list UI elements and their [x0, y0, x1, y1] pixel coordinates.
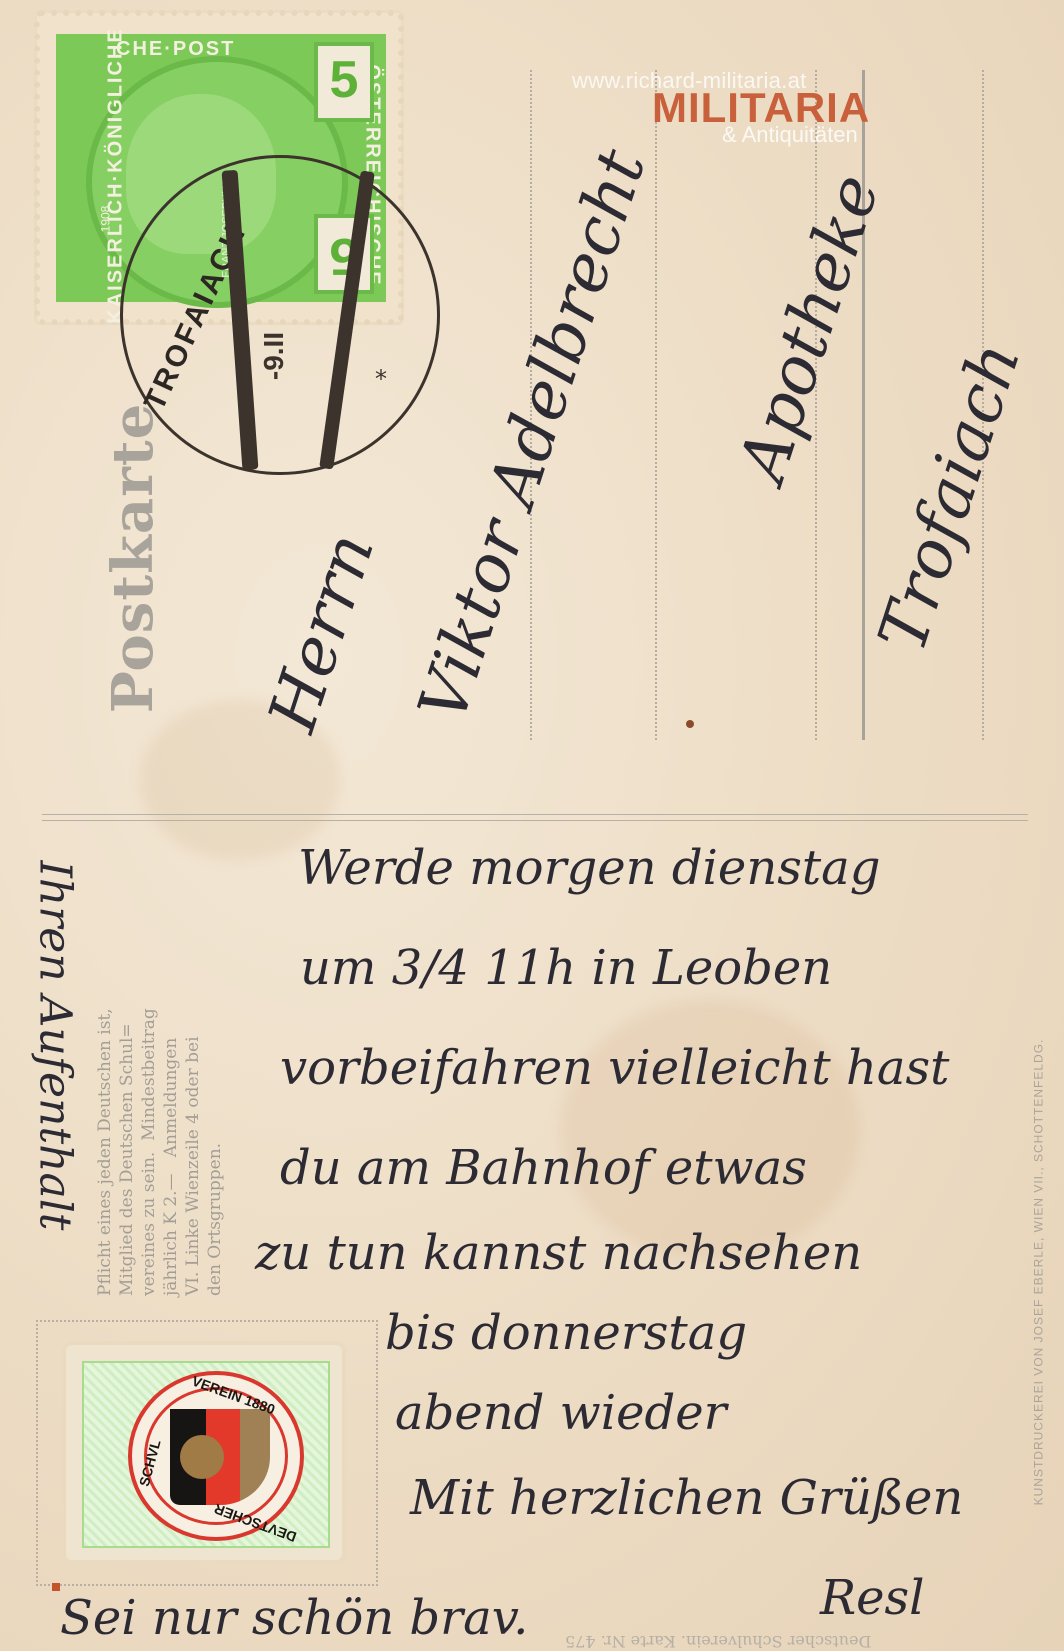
postcard-label: Postkarte	[100, 403, 166, 713]
charity-vignette: VEREIN 1880 SCHVL DEVTSCHER	[66, 1345, 342, 1560]
postcard: CHE·POST KAISERLICH·KÖNIGLICHE ÖSTERREIC…	[0, 0, 1064, 1651]
message-signature: Resl	[820, 1570, 925, 1626]
vignette-emblem: VEREIN 1880 SCHVL DEVTSCHER	[128, 1371, 304, 1541]
message-line: zu tun kannst nachsehen	[255, 1225, 862, 1281]
message-line: bis donnerstag	[385, 1305, 747, 1361]
message-line: um 3/4 11h in Leoben	[300, 940, 832, 996]
message-line: du am Bahnhof etwas	[280, 1140, 807, 1196]
message-line: vorbeifahren vielleicht hast	[280, 1040, 949, 1096]
postmark-date: -9.II	[258, 332, 290, 380]
address-salutation: Herrn	[253, 524, 389, 740]
message-line: Werde morgen dienstag	[298, 840, 881, 896]
margin-note: Ihren Aufenthalt	[29, 861, 80, 1231]
address-town: Trofaiach	[863, 333, 1035, 660]
stamp-year: 1908	[98, 206, 112, 233]
card-series-print: Deutscher Schulverein. Karte Nr. 475	[565, 1632, 871, 1651]
printer-imprint: KUNSTDRUCKEREI VON JOSEF EBERLE, WIEN VI…	[1031, 1039, 1045, 1506]
shield-icon	[170, 1409, 270, 1505]
paper-stain	[560, 1000, 860, 1260]
notice-line: VI. Linke Wienzeile 4 oder bei	[183, 1036, 203, 1296]
message-line: abend wieder	[395, 1385, 727, 1441]
message-postscript: Sei nur schön brav.	[60, 1590, 528, 1646]
printed-notice: Pflicht eines jeden Deutschen ist, Mitgl…	[94, 856, 226, 1296]
watermark-subtitle: & Antiquitäten	[722, 122, 858, 148]
message-line: Mit herzlichen Grüßen	[410, 1470, 963, 1526]
notice-line: Mitglied des Deutschen Schul=	[117, 1023, 137, 1296]
address-street: Apotheke	[723, 165, 894, 490]
notice-line: vereines zu sein. Mindestbeitrag	[139, 1008, 159, 1296]
vignette-background: VEREIN 1880 SCHVL DEVTSCHER	[82, 1361, 330, 1548]
notice-line: den Ortsgruppen.	[205, 1143, 225, 1296]
notice-line: Pflicht eines jeden Deutschen ist,	[95, 1008, 115, 1296]
sun-icon	[180, 1435, 224, 1479]
notice-line: jährlich K 2.— Anmeldungen	[161, 1038, 181, 1296]
stamp-value-top: 5	[314, 42, 374, 122]
address-rule	[862, 70, 865, 740]
paper-speck	[52, 1583, 60, 1591]
postmark-circle	[120, 155, 440, 475]
paper-speck	[686, 720, 694, 728]
section-divider	[42, 814, 1028, 821]
postmark-star-icon: *	[375, 365, 387, 393]
stamp-top-text: CHE·POST	[116, 38, 235, 61]
